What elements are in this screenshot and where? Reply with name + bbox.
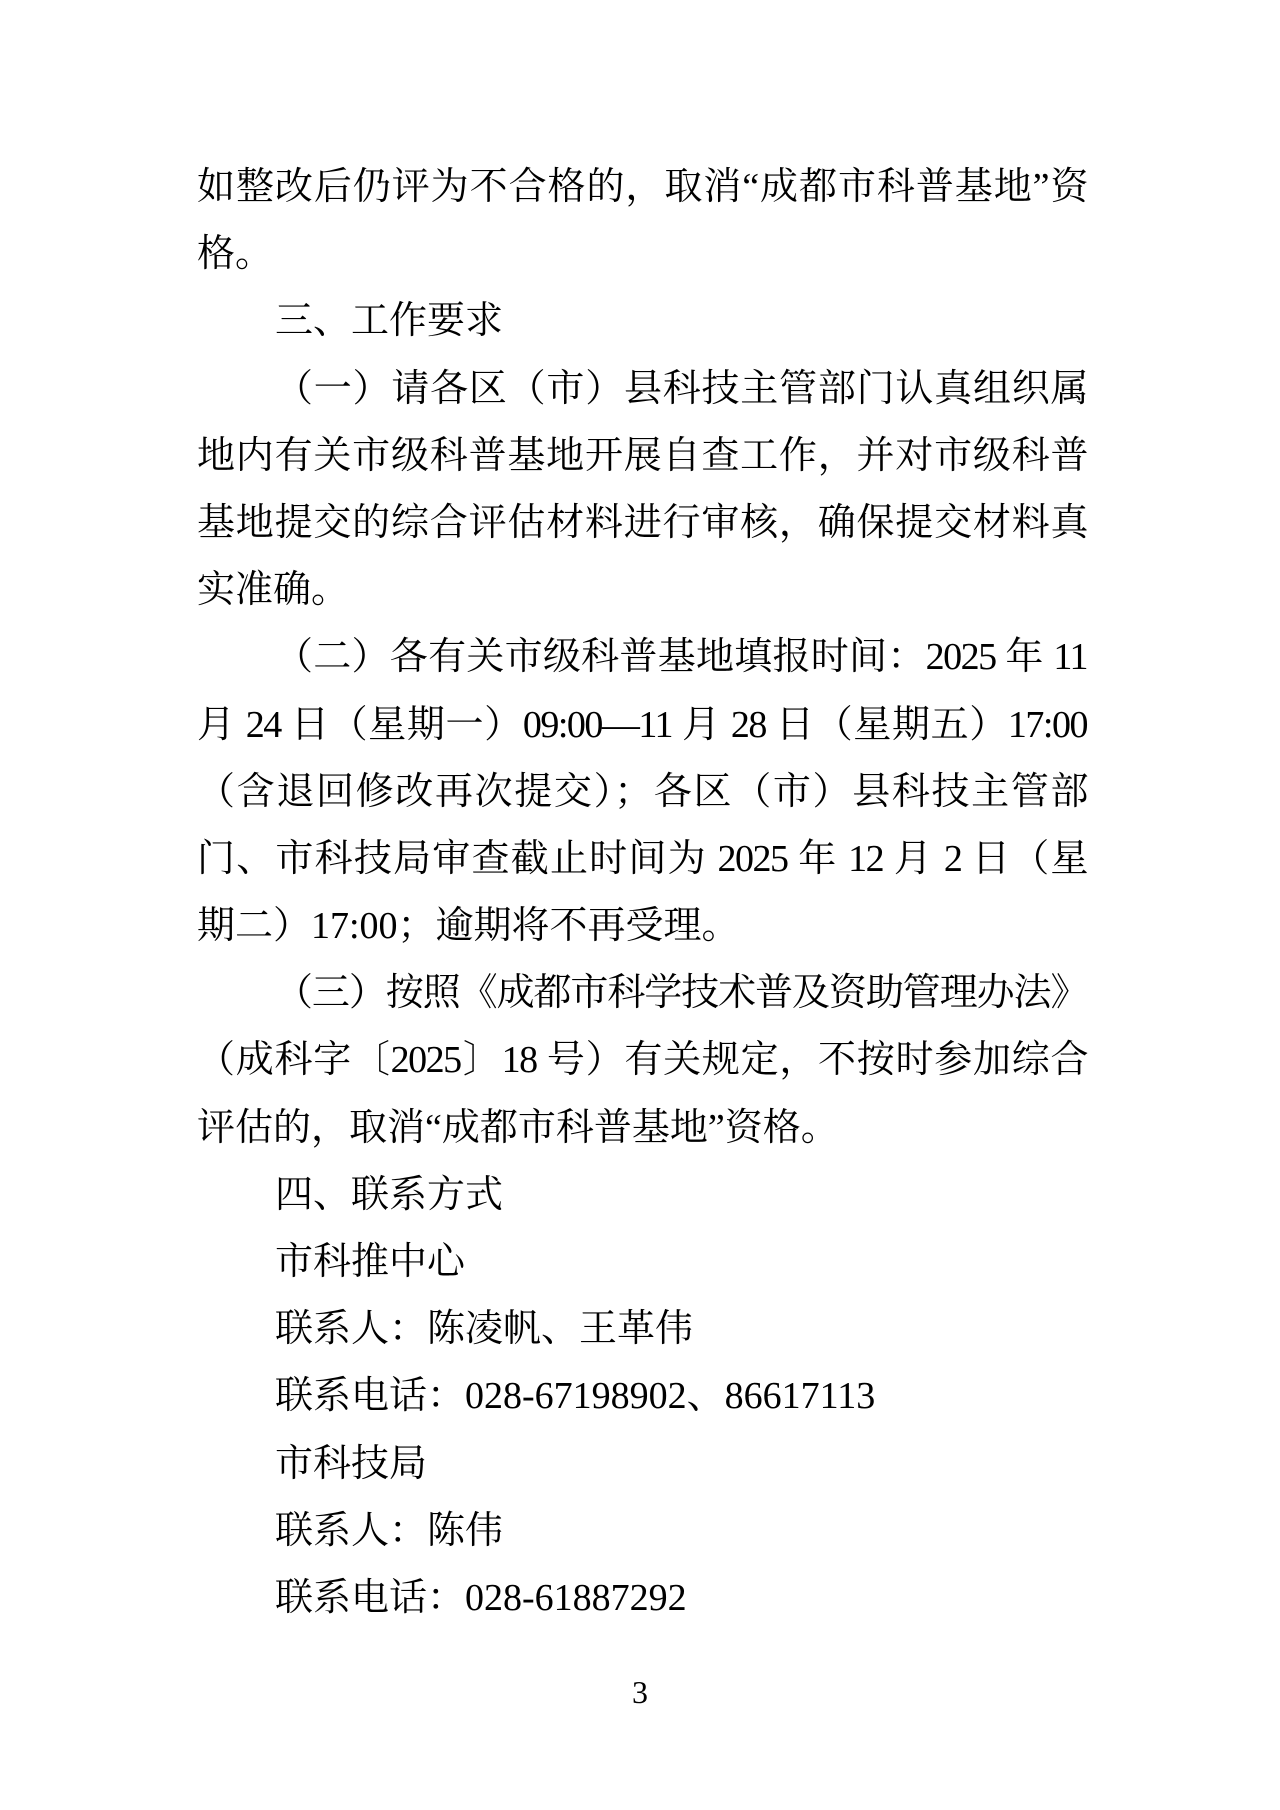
text-line-3: 三、工作要求 (197, 288, 1087, 355)
text-line-11: 门、市科技局审查截止时间为 2025 年 12 月 2 日（星 (197, 826, 1087, 893)
text-line-5: 地内有关市级科普基地开展自查工作，并对市级科普 (197, 423, 1087, 490)
text-line-21: 联系人：陈伟 (197, 1498, 1087, 1565)
text-line-4: （一）请各区（市）县科技主管部门认真组织属 (197, 356, 1087, 423)
text-line-1: 如整改后仍评为不合格的，取消“成都市科普基地”资 (197, 154, 1087, 221)
text-line-6: 基地提交的综合评估材料进行审核，确保提交材料真 (197, 490, 1087, 557)
text-line-16: 四、联系方式 (197, 1162, 1087, 1229)
text-line-7: 实准确。 (197, 557, 1087, 624)
text-line-15: 评估的，取消“成都市科普基地”资格。 (197, 1095, 1087, 1162)
text-line-17: 市科推中心 (197, 1229, 1087, 1296)
text-line-8: （二）各有关市级科普基地填报时间：2025 年 11 (197, 624, 1087, 691)
document-body: 如整改后仍评为不合格的，取消“成都市科普基地”资格。三、工作要求（一）请各区（市… (197, 154, 1087, 1632)
text-line-18: 联系人：陈凌帆、王革伟 (197, 1296, 1087, 1363)
text-line-13: （三）按照《成都市科学技术普及资助管理办法》 (197, 960, 1087, 1027)
text-line-19: 联系电话：028-67198902、86617113 (197, 1363, 1087, 1430)
text-line-10: （含退回修改再次提交）；各区（市）县科技主管部 (197, 759, 1087, 826)
page-number: 3 (0, 1672, 1280, 1712)
text-line-20: 市科技局 (197, 1431, 1087, 1498)
document-page: 如整改后仍评为不合格的，取消“成都市科普基地”资格。三、工作要求（一）请各区（市… (0, 0, 1280, 1810)
text-line-2: 格。 (197, 221, 1087, 288)
text-line-14: （成科字〔2025〕18 号）有关规定，不按时参加综合 (197, 1027, 1087, 1094)
text-line-12: 期二）17:00；逾期将不再受理。 (197, 893, 1087, 960)
text-line-9: 月 24 日（星期一）09:00—11 月 28 日（星期五）17:00 (197, 692, 1087, 759)
text-line-22: 联系电话：028-61887292 (197, 1565, 1087, 1632)
